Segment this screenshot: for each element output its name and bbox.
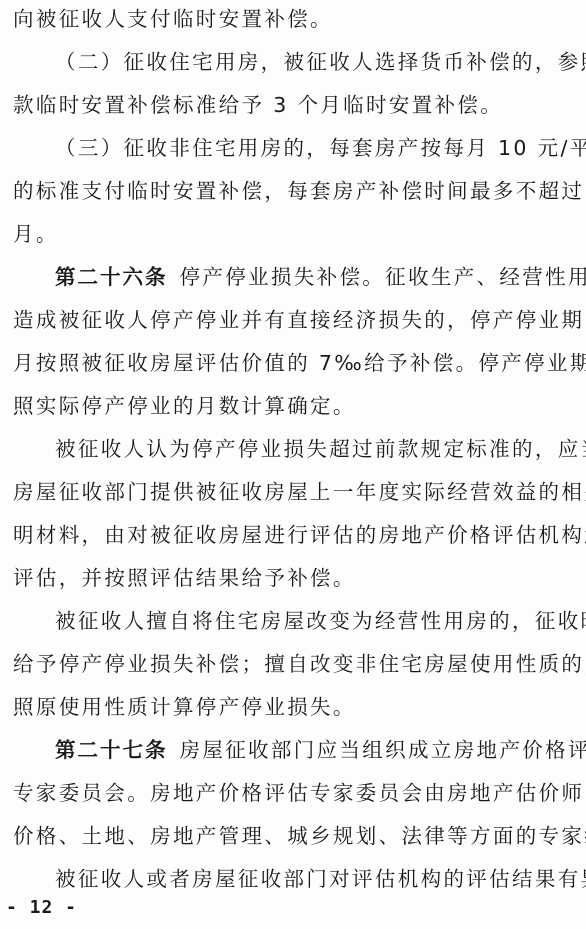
article-26-first-line-text: 停产停业损失补偿。征收生产、经营性用房， <box>180 265 586 289</box>
paragraph-line: 房屋征收部门提供被征收房屋上一年度实际经营效益的相关证 <box>13 477 578 507</box>
article-27-heading: 第二十七条 <box>55 738 168 762</box>
paragraph-line: 照实际停产停业的月数计算确定。 <box>13 391 578 421</box>
paragraph-line: 明材料，由对被征收房屋进行评估的房地产价格评估机构进行 <box>13 520 578 550</box>
paragraph-line: 被征收人或者房屋征收部门对评估机构的评估结果有异议 <box>55 864 578 894</box>
paragraph-line: 造成被征收人停产停业并有直接经济损失的，停产停业期间每 <box>13 305 578 335</box>
paragraph-line: 被征收人擅自将住宅房屋改变为经营性用房的，征收时不 <box>55 606 578 636</box>
paragraph-line: 价格、土地、房地产管理、城乡规划、法律等方面的专家组成。 <box>13 821 578 851</box>
article-26-heading: 第二十六条 <box>55 265 168 289</box>
paragraph-line: 月按照被征收房屋评估价值的 7‰给予补偿。停产停业期限按 <box>13 348 578 378</box>
paragraph-line: 专家委员会。房地产价格评估专家委员会由房地产估价师以及 <box>13 778 578 808</box>
article-27-first-line: 第二十七条房屋征收部门应当组织成立房地产价格评估 <box>55 735 578 765</box>
paragraph-line: 向被征收人支付临时安置补偿。 <box>13 4 578 34</box>
paragraph-line: 给予停产停业损失补偿；擅自改变非住宅房屋使用性质的，按 <box>13 649 578 679</box>
page-number: - 12 - <box>6 896 77 920</box>
paragraph-line: 月。 <box>13 219 578 249</box>
paragraph-line: （二）征收住宅用房，被征收人选择货币补偿的，参照前 <box>55 47 578 77</box>
paragraph-line: （三）征收非住宅用房的，每套房产按每月 10 元/平方米 <box>55 133 578 163</box>
article-27-first-line-text: 房屋征收部门应当组织成立房地产价格评估 <box>180 738 586 762</box>
paragraph-line: 的标准支付临时安置补偿，每套房产补偿时间最多不超过 6 个 <box>13 176 578 206</box>
article-26-first-line: 第二十六条停产停业损失补偿。征收生产、经营性用房， <box>55 262 578 292</box>
paragraph-line: 被征收人认为停产停业损失超过前款规定标准的，应当向 <box>55 434 578 464</box>
paragraph-line: 款临时安置补偿标准给予 3 个月临时安置补偿。 <box>13 90 578 120</box>
paragraph-line: 评估，并按照评估结果给予补偿。 <box>13 563 578 593</box>
paragraph-line: 照原使用性质计算停产停业损失。 <box>13 692 578 722</box>
document-page: 向被征收人支付临时安置补偿。 （二）征收住宅用房，被征收人选择货币补偿的，参照前… <box>0 0 586 929</box>
